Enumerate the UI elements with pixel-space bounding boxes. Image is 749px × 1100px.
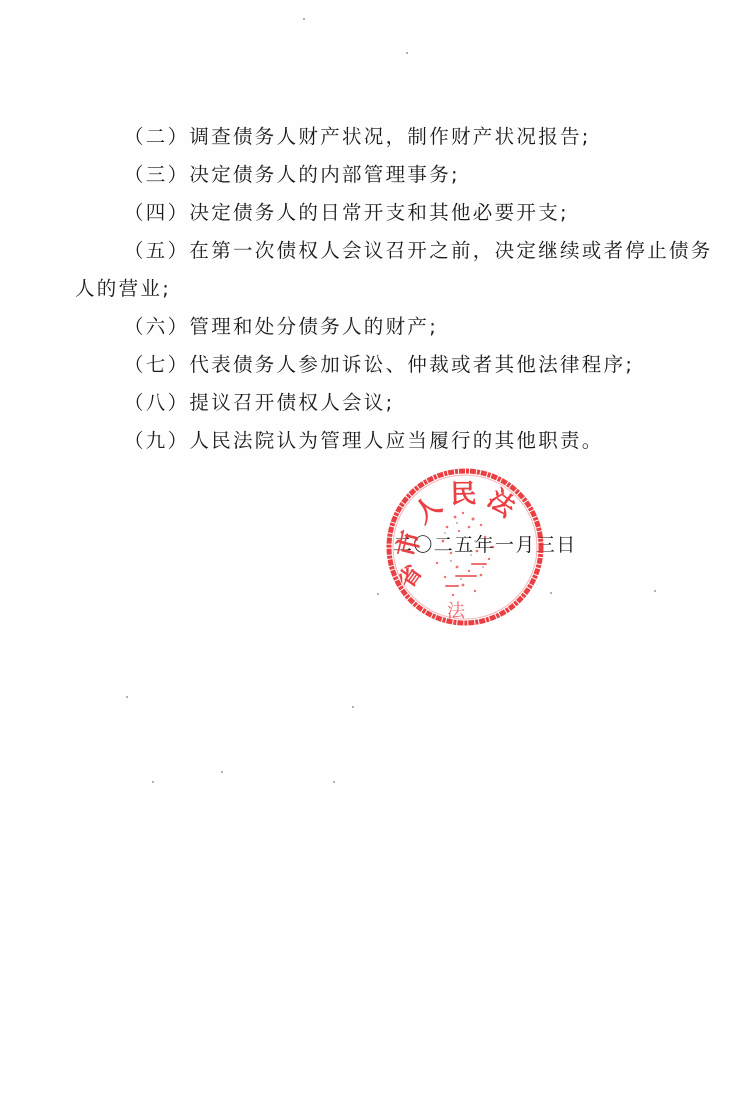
document-page: （二）调查债务人财产状况，制作财产状况报告; （三）决定债务人的内部管理事务; … — [0, 0, 749, 1100]
scan-speck — [654, 590, 656, 592]
duty-item-8: （八）提议召开债权人会议; — [124, 391, 394, 415]
scan-speck — [550, 592, 552, 594]
duty-item-6: （六）管理和处分债务人的财产; — [124, 315, 438, 339]
scan-speck — [221, 771, 223, 773]
scan-speck — [352, 706, 354, 708]
duty-item-9: （九）人民法院认为管理人应当履行的其他职责。 — [124, 429, 604, 453]
svg-text:法: 法 — [447, 601, 466, 622]
duty-item-5: （五）在第一次债权人会议召开之前，决定继续或者停止债务 — [124, 239, 713, 263]
court-seal-icon: 市人民法 省 法 — [385, 467, 545, 627]
scan-speck — [406, 52, 408, 54]
scan-speck — [377, 593, 379, 595]
duty-item-7: （七）代表债务人参加诉讼、仲裁或者其他法律程序; — [124, 353, 634, 377]
scan-speck — [126, 696, 128, 698]
scan-speck — [303, 18, 305, 20]
duty-item-5-continuation: 人的营业; — [75, 277, 171, 301]
duty-item-4: （四）决定债务人的日常开支和其他必要开支; — [124, 201, 569, 225]
duty-item-2: （二）调查债务人财产状况，制作财产状况报告; — [124, 125, 591, 149]
scan-speck — [333, 781, 335, 783]
duty-item-3: （三）决定债务人的内部管理事务; — [124, 163, 460, 187]
scan-speck — [152, 781, 154, 783]
